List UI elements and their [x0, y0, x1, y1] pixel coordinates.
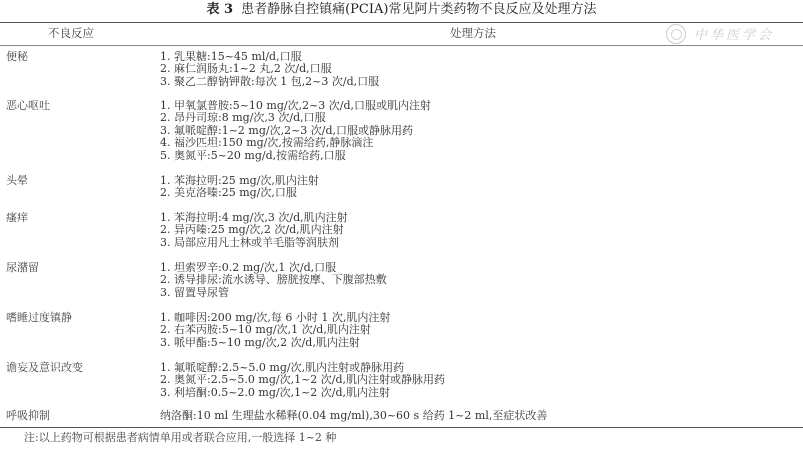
table-title: 表 3患者静脉自控镇痛(PCIA)常见阿片类药物不良反应及处理方法: [0, 0, 803, 20]
treatment-cell: 1. 苯海拉明:4 mg/次,3 次/d,肌内注射 2. 异丙嗪:25 mg/次…: [160, 212, 348, 249]
treatment-item: 2. 奥氮平:2.5~5.0 mg/次,1~2 次/d,肌内注射或静脉用药: [160, 374, 445, 386]
table-number: 表 3: [207, 2, 234, 17]
reaction-cell: 谵妄及意识改变: [6, 362, 83, 374]
treatment-item: 纳洛酮:10 ml 生理盐水稀释(0.04 mg/ml),30~60 s 给药 …: [160, 410, 547, 422]
top-rule: [0, 22, 803, 23]
treatment-item: 3. 哌甲酯:5~10 mg/次,2 次/d,肌内注射: [160, 337, 390, 349]
treatment-cell: 1. 苯海拉明:25 mg/次,肌内注射 2. 美克洛嗪:25 mg/次,口服: [160, 175, 319, 200]
header-reaction: 不良反应: [48, 25, 94, 41]
reaction-cell: 恶心呕吐: [6, 100, 50, 112]
treatment-cell: 1. 咖啡因:200 mg/次,每 6 小时 1 次,肌内注射 2. 右苯丙胺:…: [160, 312, 390, 349]
treatment-item: 2. 昂丹司琼:8 mg/次,3 次/d,口服: [160, 112, 431, 124]
reaction-cell: 头晕: [6, 175, 28, 187]
watermark-text: 中华医学会: [694, 24, 774, 43]
treatment-item: 3. 利培酮:0.5~2.0 mg/次,1~2 次/d,肌内注射: [160, 387, 445, 399]
treatment-cell: 1. 坦索罗辛:0.2 mg/次,1 次/d,口服 2. 诱导排尿:流水诱导、膀…: [160, 262, 387, 299]
header-treatment: 处理方法: [450, 25, 496, 41]
bottom-rule: [0, 427, 803, 428]
treatment-item: 2. 麻仁润肠丸:1~2 丸,2 次/d,口服: [160, 63, 379, 75]
treatment-item: 3. 聚乙二醇钠钾散:每次 1 包,2~3 次/d,口服: [160, 76, 379, 88]
header-rule: [0, 45, 803, 46]
treatment-item: 3. 局部应用凡士林或羊毛脂等润肤剂: [160, 237, 348, 249]
table-note: 注:以上药物可根据患者病情单用或者联合应用,一般选择 1~2 种: [24, 431, 336, 445]
treatment-item: 4. 福沙匹坦:150 mg/次,按需给药,静脉滴注: [160, 137, 431, 149]
treatment-item: 2. 美克洛嗪:25 mg/次,口服: [160, 187, 319, 199]
reaction-cell: 瘙痒: [6, 212, 28, 224]
journal-seal-icon: [666, 24, 686, 44]
treatment-item: 3. 留置导尿管: [160, 287, 387, 299]
reaction-cell: 嗜睡过度镇静: [6, 312, 72, 324]
reaction-cell: 尿潴留: [6, 262, 39, 274]
reaction-cell: 便秘: [6, 51, 28, 63]
treatment-item: 5. 奥氮平:5~20 mg/d,按需给药,口服: [160, 150, 431, 162]
treatment-cell: 纳洛酮:10 ml 生理盐水稀释(0.04 mg/ml),30~60 s 给药 …: [160, 410, 547, 422]
treatment-cell: 1. 乳果糖:15~45 ml/d,口服 2. 麻仁润肠丸:1~2 丸,2 次/…: [160, 51, 379, 88]
treatment-item: 2. 右苯丙胺:5~10 mg/次,1 次/d,肌内注射: [160, 324, 390, 336]
watermark: 中华医学会: [666, 24, 801, 44]
table-caption: 患者静脉自控镇痛(PCIA)常见阿片类药物不良反应及处理方法: [241, 2, 596, 17]
treatment-item: 2. 诱导排尿:流水诱导、膀胱按摩、下腹部热敷: [160, 274, 387, 286]
reaction-cell: 呼吸抑制: [6, 410, 50, 422]
treatment-item: 2. 异丙嗪:25 mg/次,2 次/d,肌内注射: [160, 224, 348, 236]
treatment-cell: 1. 氟哌啶醇:2.5~5.0 mg/次,肌内注射或静脉用药 2. 奥氮平:2.…: [160, 362, 445, 399]
treatment-cell: 1. 甲氧氯普胺:5~10 mg/次,2~3 次/d,口服或肌内注射 2. 昂丹…: [160, 100, 431, 162]
